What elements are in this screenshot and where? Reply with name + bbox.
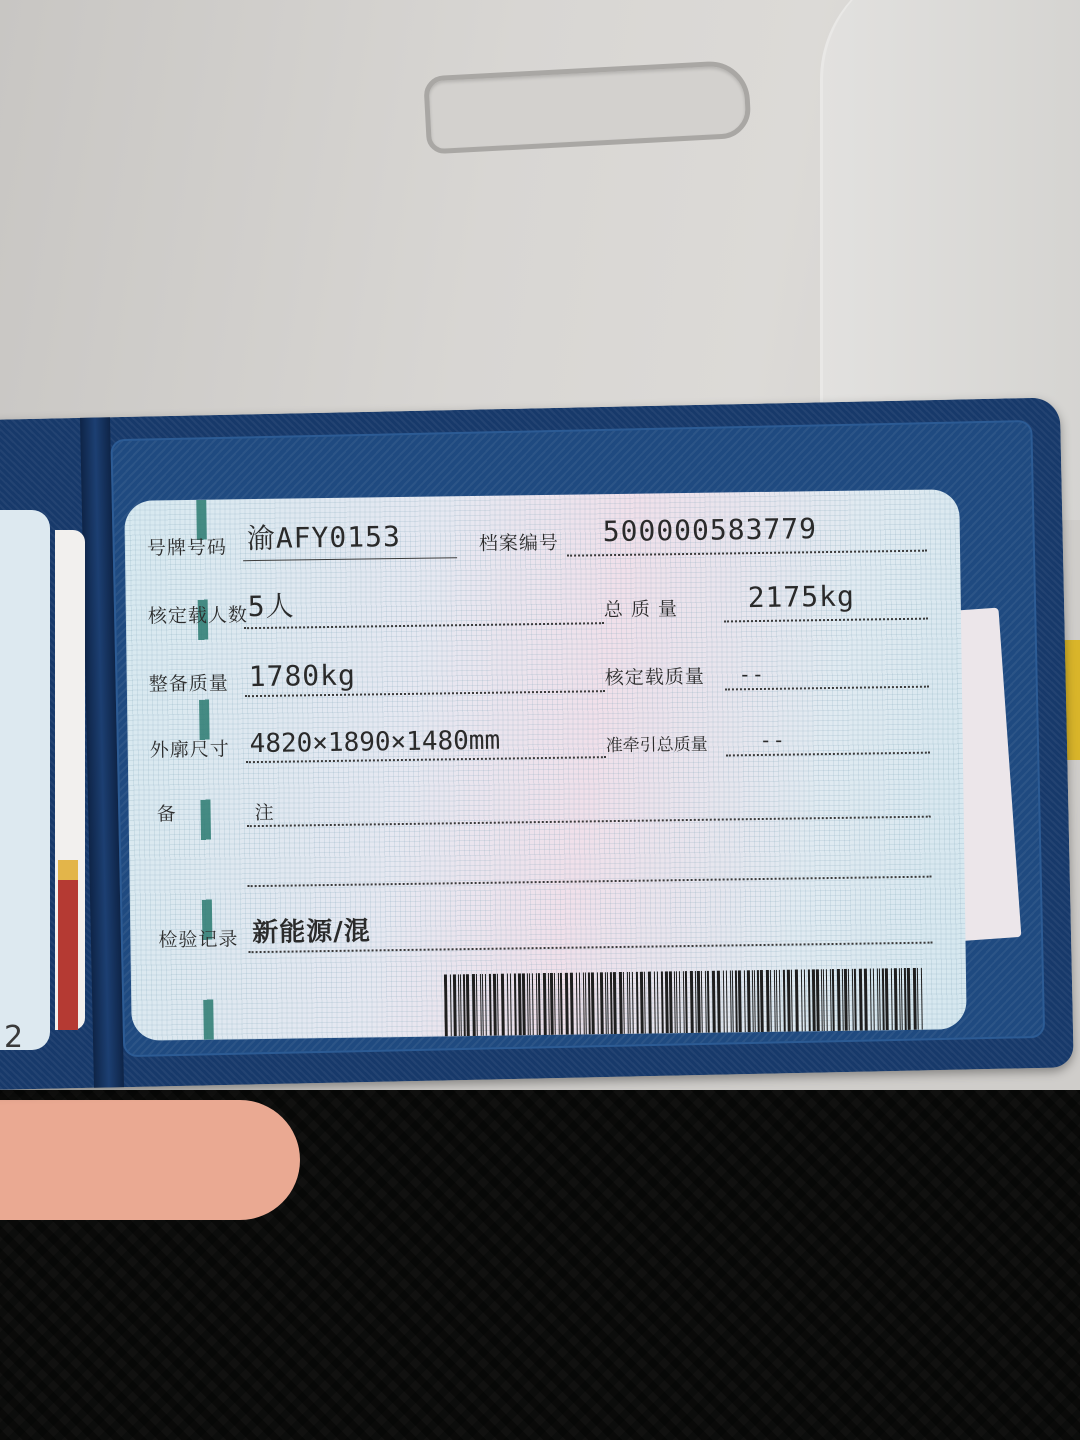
row-inspection: 检验记录 新能源/混 [152, 906, 935, 957]
row-curb-load: 整备质量 1780kg 核定载质量 -- [149, 650, 932, 701]
plate-number-label: 号牌号码 [147, 532, 227, 560]
curb-weight-value: 1780kg [249, 659, 357, 693]
towing-mass-label: 准牵引总质量 [606, 730, 708, 756]
gross-mass-value: 2175kg [747, 580, 855, 614]
left-card-digit: 2 [4, 1020, 23, 1055]
remarks-line-2 [248, 876, 932, 888]
dimensions-value: 4820×1890×1480mm [249, 726, 500, 759]
left-page-card [0, 510, 50, 1050]
plate-number-line [243, 557, 457, 561]
file-number-line [567, 550, 927, 557]
barcode [444, 968, 925, 1037]
towing-mass-value: -- [760, 728, 786, 752]
approved-load-line [725, 686, 929, 691]
inspection-record-value: 新能源/混 [252, 910, 371, 949]
remarks-line-1 [247, 816, 931, 828]
approved-passengers-label: 核定载人数 [148, 600, 248, 628]
gross-mass-label: 总 质 量 [604, 594, 678, 622]
row-remarks-2 [151, 840, 934, 891]
remarks-label: 备 注 [156, 797, 303, 826]
approved-load-value: -- [739, 662, 765, 686]
curb-weight-label: 整备质量 [149, 668, 229, 696]
security-strip [196, 500, 214, 1040]
approved-load-label: 核定载质量 [605, 662, 705, 690]
thumb [0, 1100, 300, 1220]
row-passengers-mass: 核定载人数 5人 总 质 量 2175kg [148, 582, 931, 633]
file-number-value: 500000583779 [603, 512, 818, 548]
towing-mass-line [726, 752, 930, 757]
left-card-red-band [58, 880, 78, 1030]
inspection-record-label: 检验记录 [158, 924, 238, 952]
row-remarks: 备 注 [150, 780, 933, 831]
dimensions-label: 外廓尺寸 [150, 734, 230, 762]
file-number-label: 档案编号 [479, 528, 559, 556]
gross-mass-line [724, 618, 928, 623]
approved-passengers-line [244, 622, 604, 629]
plate-number-value: 渝AFY0153 [247, 515, 402, 557]
approved-passengers-value: 5人 [247, 584, 294, 625]
vehicle-license-card: 号牌号码 渝AFY0153 档案编号 500000583779 核定载人数 5人… [124, 489, 966, 1041]
row-plate-file: 号牌号码 渝AFY0153 档案编号 500000583779 [147, 514, 930, 565]
left-card-yellow-band [58, 860, 78, 882]
row-dimensions-towing: 外廓尺寸 4820×1890×1480mm 准牵引总质量 -- [149, 716, 932, 767]
